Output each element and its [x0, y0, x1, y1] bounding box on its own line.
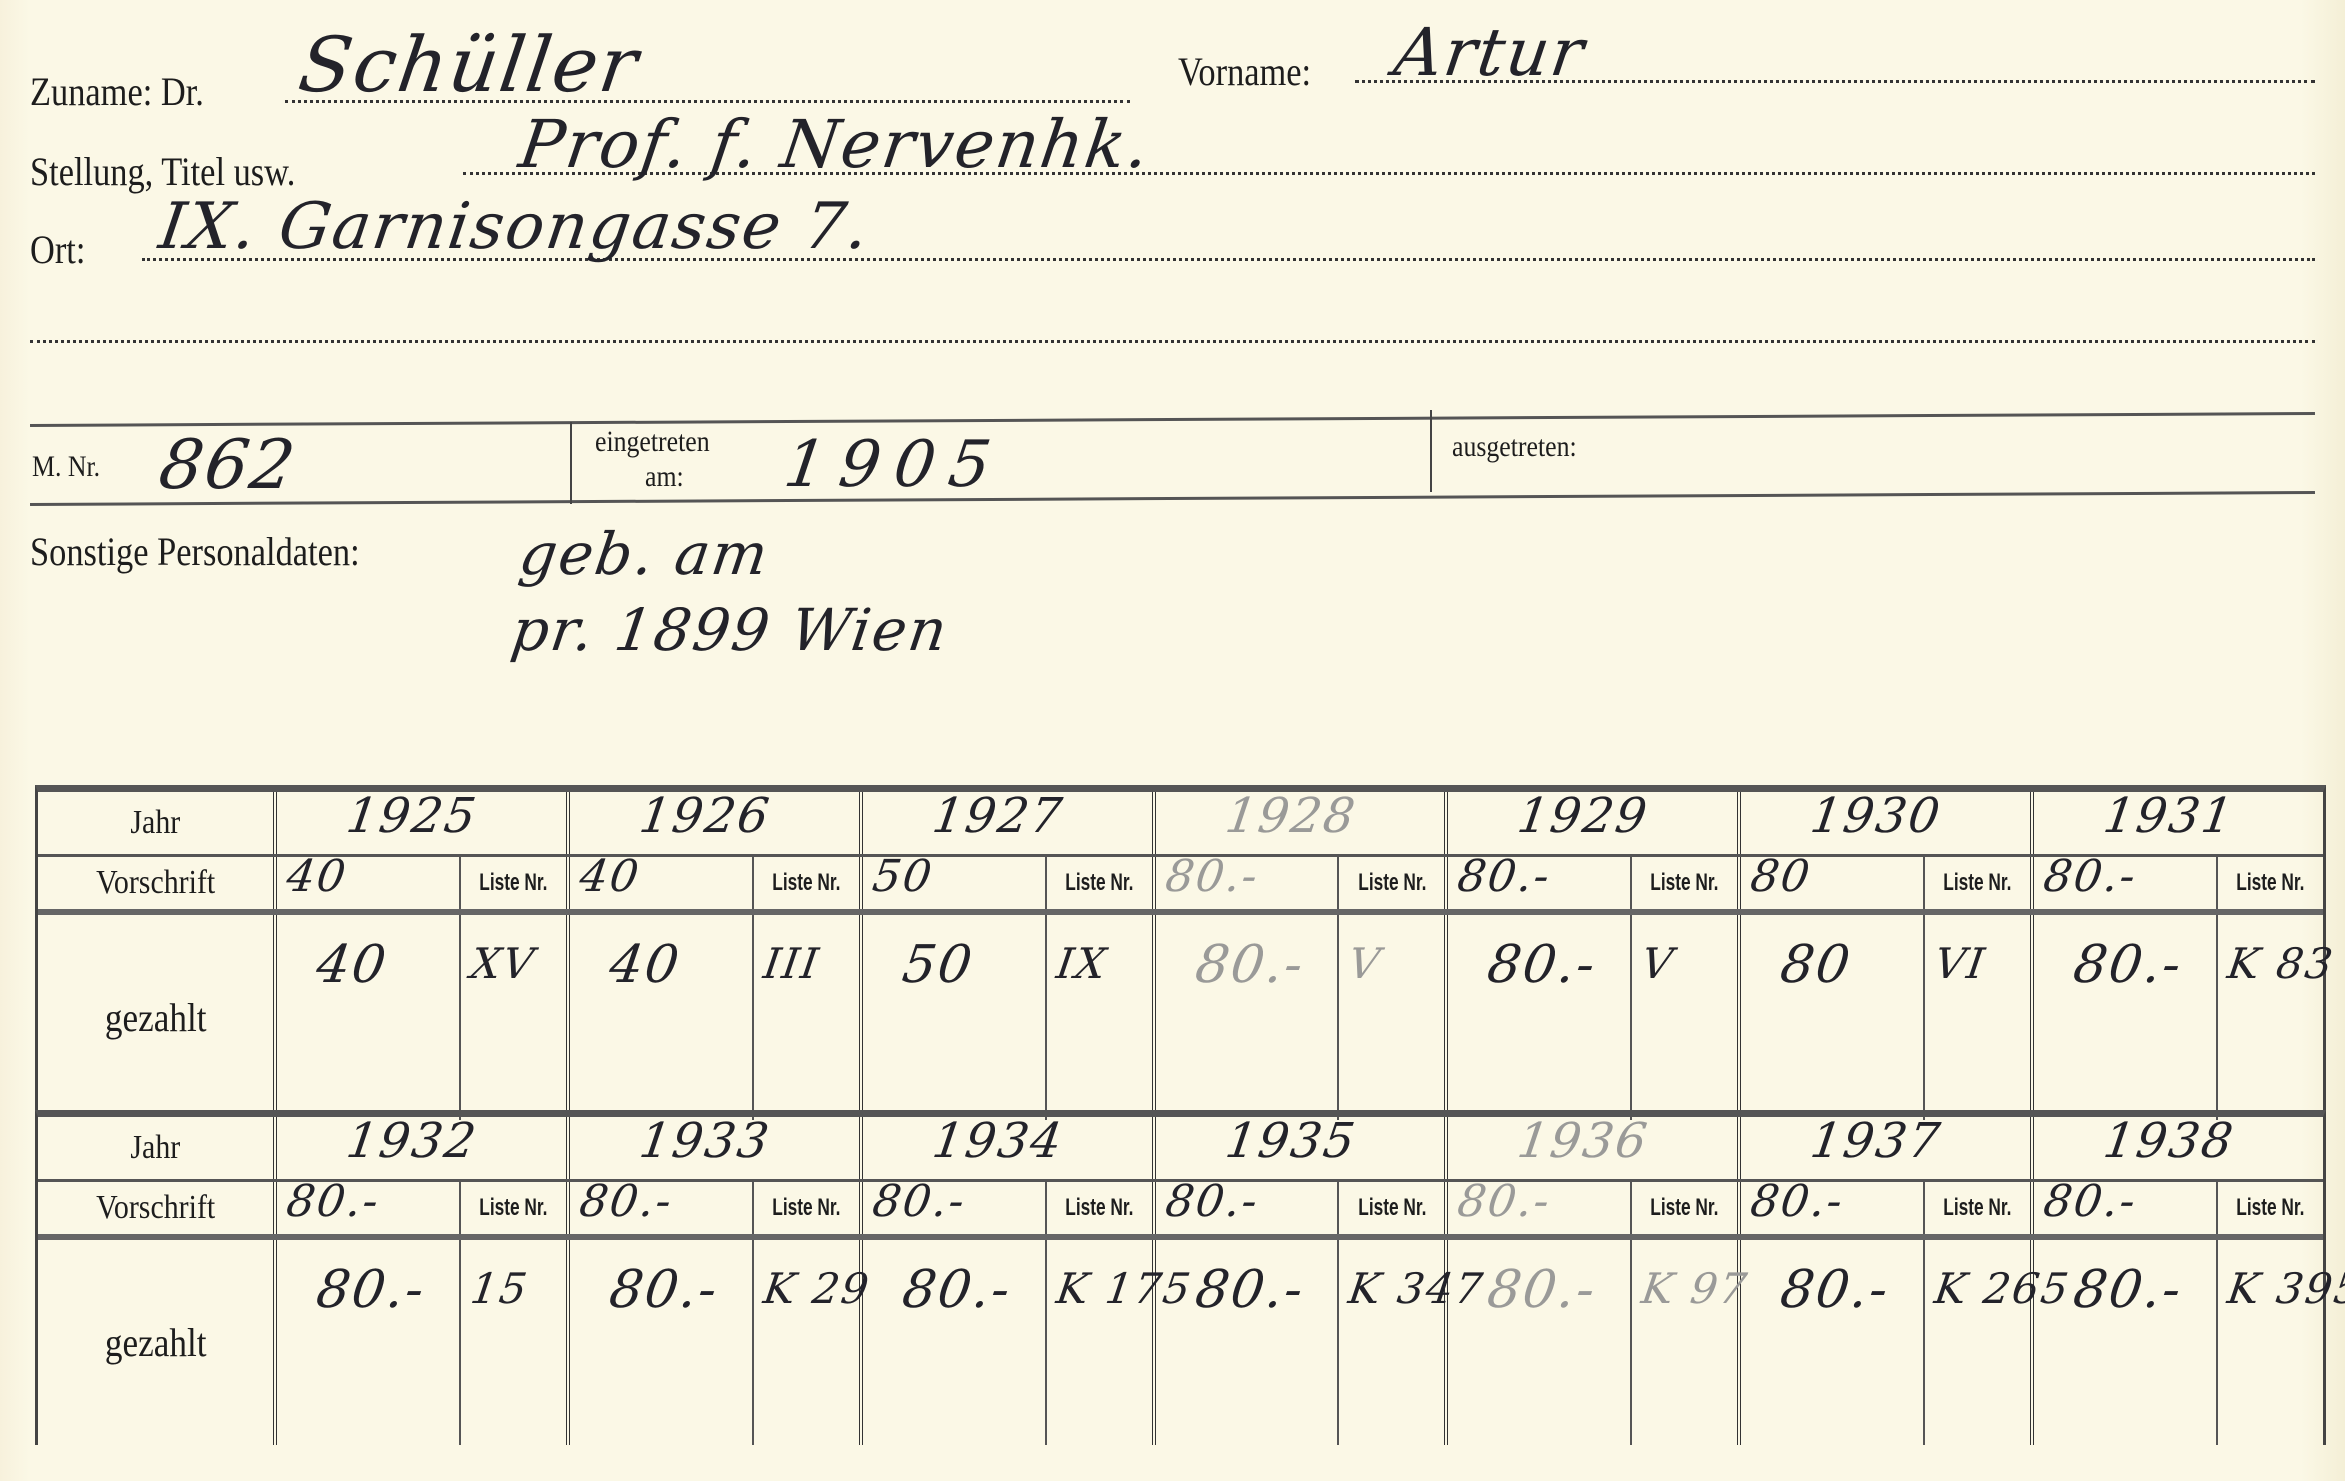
sonstige-value-2: pr. 1899 Wien — [507, 596, 953, 664]
liste-nr-label: Liste Nr. — [2236, 1194, 2304, 1222]
liste-nr-label: Liste Nr. — [1065, 1194, 1133, 1222]
year-cell: 1926 — [570, 792, 863, 854]
gezahlt-cell: 80.- — [1448, 1240, 1632, 1445]
gezahlt-cell: 80.- — [1741, 1240, 1925, 1445]
liste-nr-label: Liste Nr. — [772, 869, 840, 897]
liste-nr-label: Liste Nr. — [1944, 1194, 2012, 1222]
gezahlt-value: 80.- — [313, 1260, 430, 1320]
year-cell: 1933 — [570, 1117, 863, 1179]
year-cell: 80.-Liste Nr. — [1448, 857, 1741, 909]
gezahlt-cell: 50 — [863, 915, 1047, 1120]
liste-nr-value: 15 — [467, 1264, 531, 1313]
year-cell: 80.-Liste Nr. — [277, 1182, 570, 1234]
liste-nr-header: Liste Nr. — [754, 857, 859, 909]
eingetreten-label: eingetreten — [595, 425, 710, 459]
payments-table-1932-1938: Jahr1932193319341935193619371938Vorschri… — [35, 1110, 2326, 1445]
year-value: 1936 — [1515, 1113, 1653, 1169]
year-cell: 40Liste Nr. — [277, 857, 570, 909]
vorschrift-value: 80.- — [2041, 1176, 2141, 1227]
gezahlt-value: 80.- — [2070, 1260, 2187, 1320]
vorschrift-cell: 80.- — [1156, 857, 1340, 909]
gezahlt-cell: 80 — [1741, 915, 1925, 1120]
liste-nr-value: K 395 — [2225, 1264, 2345, 1313]
liste-nr-label: Liste Nr. — [479, 869, 547, 897]
year-cell: 80.-Liste Nr. — [1448, 1182, 1741, 1234]
liste-nr-label: Liste Nr. — [1944, 869, 2012, 897]
vorschrift-value: 80.- — [576, 1176, 676, 1227]
year-value: 1926 — [636, 788, 774, 844]
year-cell: 80.-K 265 — [1741, 1240, 2034, 1445]
year-cell: 80.-K 83 — [2034, 915, 2323, 1120]
vorschrift-cell: 80 — [1741, 857, 1925, 909]
vorschrift-cell: 80.- — [1448, 857, 1632, 909]
row-header-label: gezahlt — [105, 994, 207, 1041]
liste-nr-value: XV — [467, 939, 538, 988]
vorname-label: Vorname: — [1178, 48, 1311, 95]
year-value: 1928 — [1222, 788, 1360, 844]
liste-nr-cell: III — [754, 915, 859, 1120]
mnr-label: M. Nr. — [32, 450, 100, 484]
year-cell: 80Liste Nr. — [1741, 857, 2034, 909]
liste-nr-value: K 29 — [760, 1264, 873, 1313]
top-rule — [30, 412, 2315, 427]
vorschrift-value: 80.- — [283, 1176, 383, 1227]
liste-nr-cell: K 265 — [1925, 1240, 2030, 1445]
gezahlt-cell: 80.- — [277, 1240, 461, 1445]
year-cell: 40III — [570, 915, 863, 1120]
eingetreten-value: 1905 — [780, 428, 1009, 502]
year-value: 1937 — [1807, 1113, 1945, 1169]
gezahlt-value: 80.- — [899, 1260, 1016, 1320]
row-vor: Vorschrift80.-Liste Nr.80.-Liste Nr.80.-… — [38, 1182, 2323, 1240]
liste-nr-header: Liste Nr. — [461, 857, 566, 909]
year-value: 1933 — [636, 1113, 774, 1169]
year-cell: 80.-K 395 — [2034, 1240, 2323, 1445]
gezahlt-value: 80 — [1777, 935, 1856, 995]
bottom-rule — [30, 491, 2315, 506]
gezahlt-value: 80.- — [1777, 1260, 1894, 1320]
extra-line — [30, 340, 2315, 343]
year-cell: 80.-Liste Nr. — [2034, 857, 2323, 909]
vorschrift-value: 80.- — [2041, 851, 2141, 902]
vorschrift-cell: 80.- — [2034, 1182, 2218, 1234]
row-header: gezahlt — [38, 1240, 277, 1445]
year-cell: 1925 — [277, 792, 570, 854]
vorschrift-cell: 80.- — [1741, 1182, 1925, 1234]
row-header-label: Vorschrift — [96, 864, 215, 902]
gezahlt-cell: 40 — [277, 915, 461, 1120]
liste-nr-cell: K 29 — [754, 1240, 859, 1445]
vorschrift-cell: 80.- — [1156, 1182, 1340, 1234]
year-cell: 1934 — [863, 1117, 1156, 1179]
year-cell: 50Liste Nr. — [863, 857, 1156, 909]
year-cell: 80.-Liste Nr. — [2034, 1182, 2323, 1234]
row-header-label: Jahr — [131, 804, 181, 842]
liste-nr-label: Liste Nr. — [1358, 869, 1426, 897]
gezahlt-cell: 80.- — [1448, 915, 1632, 1120]
vorschrift-value: 80.- — [1455, 1176, 1555, 1227]
vorschrift-cell: 80.- — [570, 1182, 754, 1234]
row-header: Vorschrift — [38, 1182, 277, 1234]
zuname-label: Zuname: Dr. — [30, 68, 204, 115]
row-jahr: Jahr1932193319341935193619371938 — [38, 1117, 2323, 1182]
ort-value: IX. Garnisongasse 7. — [155, 190, 875, 264]
row-vor: Vorschrift40Liste Nr.40Liste Nr.50Liste … — [38, 857, 2323, 915]
liste-nr-header: Liste Nr. — [1632, 857, 1737, 909]
divider — [570, 422, 572, 504]
liste-nr-header: Liste Nr. — [1047, 857, 1152, 909]
liste-nr-label: Liste Nr. — [479, 1194, 547, 1222]
gezahlt-value: 80.- — [1191, 1260, 1308, 1320]
liste-nr-header: Liste Nr. — [1925, 1182, 2030, 1234]
year-cell: 1938 — [2034, 1117, 2323, 1179]
year-cell: 80.-Liste Nr. — [570, 1182, 863, 1234]
liste-nr-cell: K 395 — [2218, 1240, 2323, 1445]
gezahlt-cell: 80.- — [1156, 1240, 1340, 1445]
year-cell: 80.-Liste Nr. — [1741, 1182, 2034, 1234]
gezahlt-cell: 80.- — [2034, 1240, 2218, 1445]
liste-nr-cell: XV — [461, 915, 566, 1120]
row-header: Vorschrift — [38, 857, 277, 909]
gezahlt-value: 80.- — [606, 1260, 723, 1320]
year-cell: 80VI — [1741, 915, 2034, 1120]
liste-nr-label: Liste Nr. — [1651, 1194, 1719, 1222]
year-cell: 80.-K 175 — [863, 1240, 1156, 1445]
gezahlt-value: 80.- — [1484, 935, 1601, 995]
liste-nr-label: Liste Nr. — [2236, 869, 2304, 897]
liste-nr-cell: V — [1339, 915, 1444, 1120]
vorname-value: Artur — [1390, 14, 1591, 91]
year-value: 1931 — [2100, 788, 2238, 844]
liste-nr-label: Liste Nr. — [1358, 1194, 1426, 1222]
liste-nr-cell: K 175 — [1047, 1240, 1152, 1445]
liste-nr-header: Liste Nr. — [1339, 857, 1444, 909]
vorschrift-cell: 50 — [863, 857, 1047, 909]
year-cell: 80.-15 — [277, 1240, 570, 1445]
year-cell: 1936 — [1448, 1117, 1741, 1179]
liste-nr-label: Liste Nr. — [1065, 869, 1133, 897]
year-cell: 1937 — [1741, 1117, 2034, 1179]
vorschrift-cell: 80.- — [1448, 1182, 1632, 1234]
liste-nr-value: IX — [1053, 939, 1110, 988]
vorschrift-value: 80.- — [1455, 851, 1555, 902]
row-header: gezahlt — [38, 915, 277, 1120]
liste-nr-header: Liste Nr. — [2218, 1182, 2323, 1234]
gezahlt-value: 80.- — [2070, 935, 2187, 995]
vorschrift-cell: 80.- — [863, 1182, 1047, 1234]
year-value: 1938 — [2100, 1113, 2238, 1169]
liste-nr-cell: VI — [1925, 915, 2030, 1120]
gezahlt-cell: 80.- — [570, 1240, 754, 1445]
vorschrift-value: 50 — [869, 851, 936, 902]
row-header-label: Jahr — [131, 1129, 181, 1167]
liste-nr-header: Liste Nr. — [1047, 1182, 1152, 1234]
vorschrift-cell: 80.- — [277, 1182, 461, 1234]
year-value: 1932 — [343, 1113, 481, 1169]
vorschrift-value: 80.- — [1162, 1176, 1262, 1227]
year-cell: 80.-K 29 — [570, 1240, 863, 1445]
vorschrift-value: 80 — [1748, 851, 1815, 902]
vorschrift-value: 80.- — [1162, 851, 1262, 902]
payments-table-1925-1931: Jahr1925192619271928192919301931Vorschri… — [35, 785, 2326, 1120]
ausgetreten-label: ausgetreten: — [1452, 430, 1577, 464]
year-cell: 80.-Liste Nr. — [1156, 857, 1449, 909]
year-cell: 1935 — [1156, 1117, 1449, 1179]
sonstige-label: Sonstige Personaldaten: — [30, 528, 360, 575]
liste-nr-header: Liste Nr. — [1632, 1182, 1737, 1234]
liste-nr-value: V — [1346, 939, 1385, 988]
year-cell: 80.-V — [1156, 915, 1449, 1120]
year-value: 1930 — [1807, 788, 1945, 844]
sonstige-value-1: geb. am — [515, 520, 774, 588]
liste-nr-cell: K 97 — [1632, 1240, 1737, 1445]
row-header-label: gezahlt — [105, 1319, 207, 1366]
liste-nr-value: VI — [1932, 939, 1990, 988]
vorschrift-cell: 80.- — [2034, 857, 2218, 909]
year-cell: 1929 — [1448, 792, 1741, 854]
row-gez: gezahlt40XV40III50IX80.-V80.-V80VI80.-K … — [38, 915, 2323, 1120]
gezahlt-value: 80.- — [1191, 935, 1308, 995]
vorschrift-cell: 40 — [570, 857, 754, 909]
vorschrift-value: 80.- — [869, 1176, 969, 1227]
year-cell: 1930 — [1741, 792, 2034, 854]
liste-nr-cell: K 347 — [1339, 1240, 1444, 1445]
row-jahr: Jahr1925192619271928192919301931 — [38, 792, 2323, 857]
gezahlt-value: 40 — [313, 935, 392, 995]
liste-nr-value: K 97 — [1639, 1264, 1752, 1313]
liste-nr-header: Liste Nr. — [2218, 857, 2323, 909]
vorschrift-cell: 40 — [277, 857, 461, 909]
liste-nr-header: Liste Nr. — [1925, 857, 2030, 909]
year-value: 1927 — [929, 788, 1067, 844]
gezahlt-value: 40 — [606, 935, 685, 995]
year-cell: 40XV — [277, 915, 570, 1120]
year-cell: 80.-K 347 — [1156, 1240, 1449, 1445]
gezahlt-cell: 80.- — [2034, 915, 2218, 1120]
ort-label: Ort: — [30, 226, 85, 273]
vorschrift-value: 40 — [576, 851, 643, 902]
year-value: 1929 — [1515, 788, 1653, 844]
row-header: Jahr — [38, 1117, 277, 1179]
eingetreten-label-am: am: — [645, 460, 684, 494]
liste-nr-value: K 83 — [2225, 939, 2338, 988]
row-header-label: Vorschrift — [96, 1189, 215, 1227]
divider — [1430, 410, 1432, 492]
liste-nr-cell: IX — [1047, 915, 1152, 1120]
liste-nr-cell: 15 — [461, 1240, 566, 1445]
year-value: 1935 — [1222, 1113, 1360, 1169]
liste-nr-label: Liste Nr. — [1651, 869, 1719, 897]
gezahlt-cell: 80.- — [863, 1240, 1047, 1445]
membership-card: Zuname: Dr. Schüller Vorname: Artur Stel… — [0, 0, 2345, 1481]
gezahlt-value: 50 — [899, 935, 978, 995]
year-cell: 80.-Liste Nr. — [863, 1182, 1156, 1234]
year-cell: 80.-K 97 — [1448, 1240, 1741, 1445]
liste-nr-value: III — [760, 939, 823, 988]
year-value: 1925 — [343, 788, 481, 844]
year-cell: 40Liste Nr. — [570, 857, 863, 909]
year-value: 1934 — [929, 1113, 1067, 1169]
year-cell: 50IX — [863, 915, 1156, 1120]
row-header: Jahr — [38, 792, 277, 854]
liste-nr-cell: K 83 — [2218, 915, 2323, 1120]
liste-nr-value: V — [1639, 939, 1678, 988]
mnr-value: 862 — [154, 426, 301, 505]
year-cell: 1931 — [2034, 792, 2323, 854]
year-cell: 80.-V — [1448, 915, 1741, 1120]
gezahlt-value: 80.- — [1484, 1260, 1601, 1320]
gezahlt-cell: 80.- — [1156, 915, 1340, 1120]
gezahlt-cell: 40 — [570, 915, 754, 1120]
stellung-label: Stellung, Titel usw. — [30, 148, 295, 195]
row-gez: gezahlt80.-1580.-K 2980.-K 17580.-K 3478… — [38, 1240, 2323, 1445]
year-cell: 1932 — [277, 1117, 570, 1179]
year-cell: 1928 — [1156, 792, 1449, 854]
zuname-value: Schüller — [294, 20, 645, 109]
year-cell: 80.-Liste Nr. — [1156, 1182, 1449, 1234]
liste-nr-header: Liste Nr. — [754, 1182, 859, 1234]
liste-nr-header: Liste Nr. — [1339, 1182, 1444, 1234]
liste-nr-label: Liste Nr. — [772, 1194, 840, 1222]
vorschrift-value: 40 — [283, 851, 350, 902]
liste-nr-cell: V — [1632, 915, 1737, 1120]
stellung-value: Prof. f. Nervenhk. — [515, 106, 1156, 183]
liste-nr-header: Liste Nr. — [461, 1182, 566, 1234]
year-cell: 1927 — [863, 792, 1156, 854]
vorschrift-value: 80.- — [1748, 1176, 1848, 1227]
